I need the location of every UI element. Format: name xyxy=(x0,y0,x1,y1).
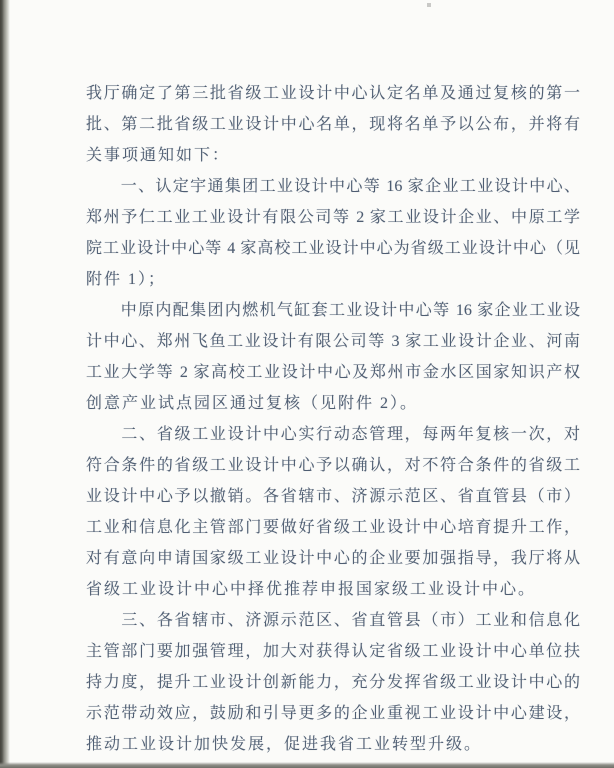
scan-edge-bottom-artifact xyxy=(0,762,614,768)
text-line: 批、第二批省级工业设计中心名单，现将名单予以公布，并将有 xyxy=(86,109,580,140)
text-line: 二、省级工业设计中心实行动态管理，每两年复核一次，对 xyxy=(86,419,580,450)
text-line: 关事项通知如下： xyxy=(86,140,580,171)
text-line: 三、各省辖市、济源示范区、省直管县（市）工业和信息化 xyxy=(86,605,580,636)
text-line: 业设计中心予以撤销。各省辖市、济源示范区、省直管县（市） xyxy=(86,481,580,512)
text-line: 中原内配集团内燃机气缸套工业设计中心等 16 家企业工业设 xyxy=(86,295,580,326)
text-line: 计中心、郑州飞鱼工业设计有限公司等 3 家工业设计企业、河南 xyxy=(86,326,580,357)
text-line: 推动工业设计加快发展，促进我省工业转型升级。 xyxy=(86,729,580,760)
text-line: 院工业设计中心等 4 家高校工业设计中心为省级工业设计中心（见 xyxy=(86,233,580,264)
scan-speck-artifact xyxy=(427,3,431,7)
text-line: 我厅确定了第三批省级工业设计中心认定名单及通过复核的第一 xyxy=(86,78,580,109)
text-line: 符合条件的省级工业设计中心予以确认，对不符合条件的省级工 xyxy=(86,450,580,481)
text-line: 主管部门要加强管理，加大对获得认定省级工业设计中心单位扶 xyxy=(86,636,580,667)
text-line: 工业大学等 2 家高校工业设计中心及郑州市金水区国家知识产权 xyxy=(86,357,580,388)
document-body: 我厅确定了第三批省级工业设计中心认定名单及通过复核的第一批、第二批省级工业设计中… xyxy=(86,78,580,760)
scan-edge-left-artifact xyxy=(0,0,10,768)
text-line: 省级工业设计中心中择优推荐申报国家级工业设计中心。 xyxy=(86,574,580,605)
text-line: 持力度，提升工业设计创新能力，充分发挥省级工业设计中心的 xyxy=(86,667,580,698)
text-line: 附件 1）； xyxy=(86,264,580,295)
text-line: 一、认定宇通集团工业设计中心等 16 家企业工业设计中心、 xyxy=(86,171,580,202)
text-line: 创意产业试点园区通过复核（见附件 2）。 xyxy=(86,388,580,419)
text-line: 郑州予仁工业工业设计有限公司等 2 家工业设计企业、中原工学 xyxy=(86,202,580,233)
document-page: 我厅确定了第三批省级工业设计中心认定名单及通过复核的第一批、第二批省级工业设计中… xyxy=(0,0,614,768)
text-line: 对有意向申请国家级工业设计中心的企业要加强指导，我厅将从 xyxy=(86,543,580,574)
text-line: 工业和信息化主管部门要做好省级工业设计中心培育提升工作， xyxy=(86,512,580,543)
text-line: 示范带动效应，鼓励和引导更多的企业重视工业设计中心建设， xyxy=(86,698,580,729)
